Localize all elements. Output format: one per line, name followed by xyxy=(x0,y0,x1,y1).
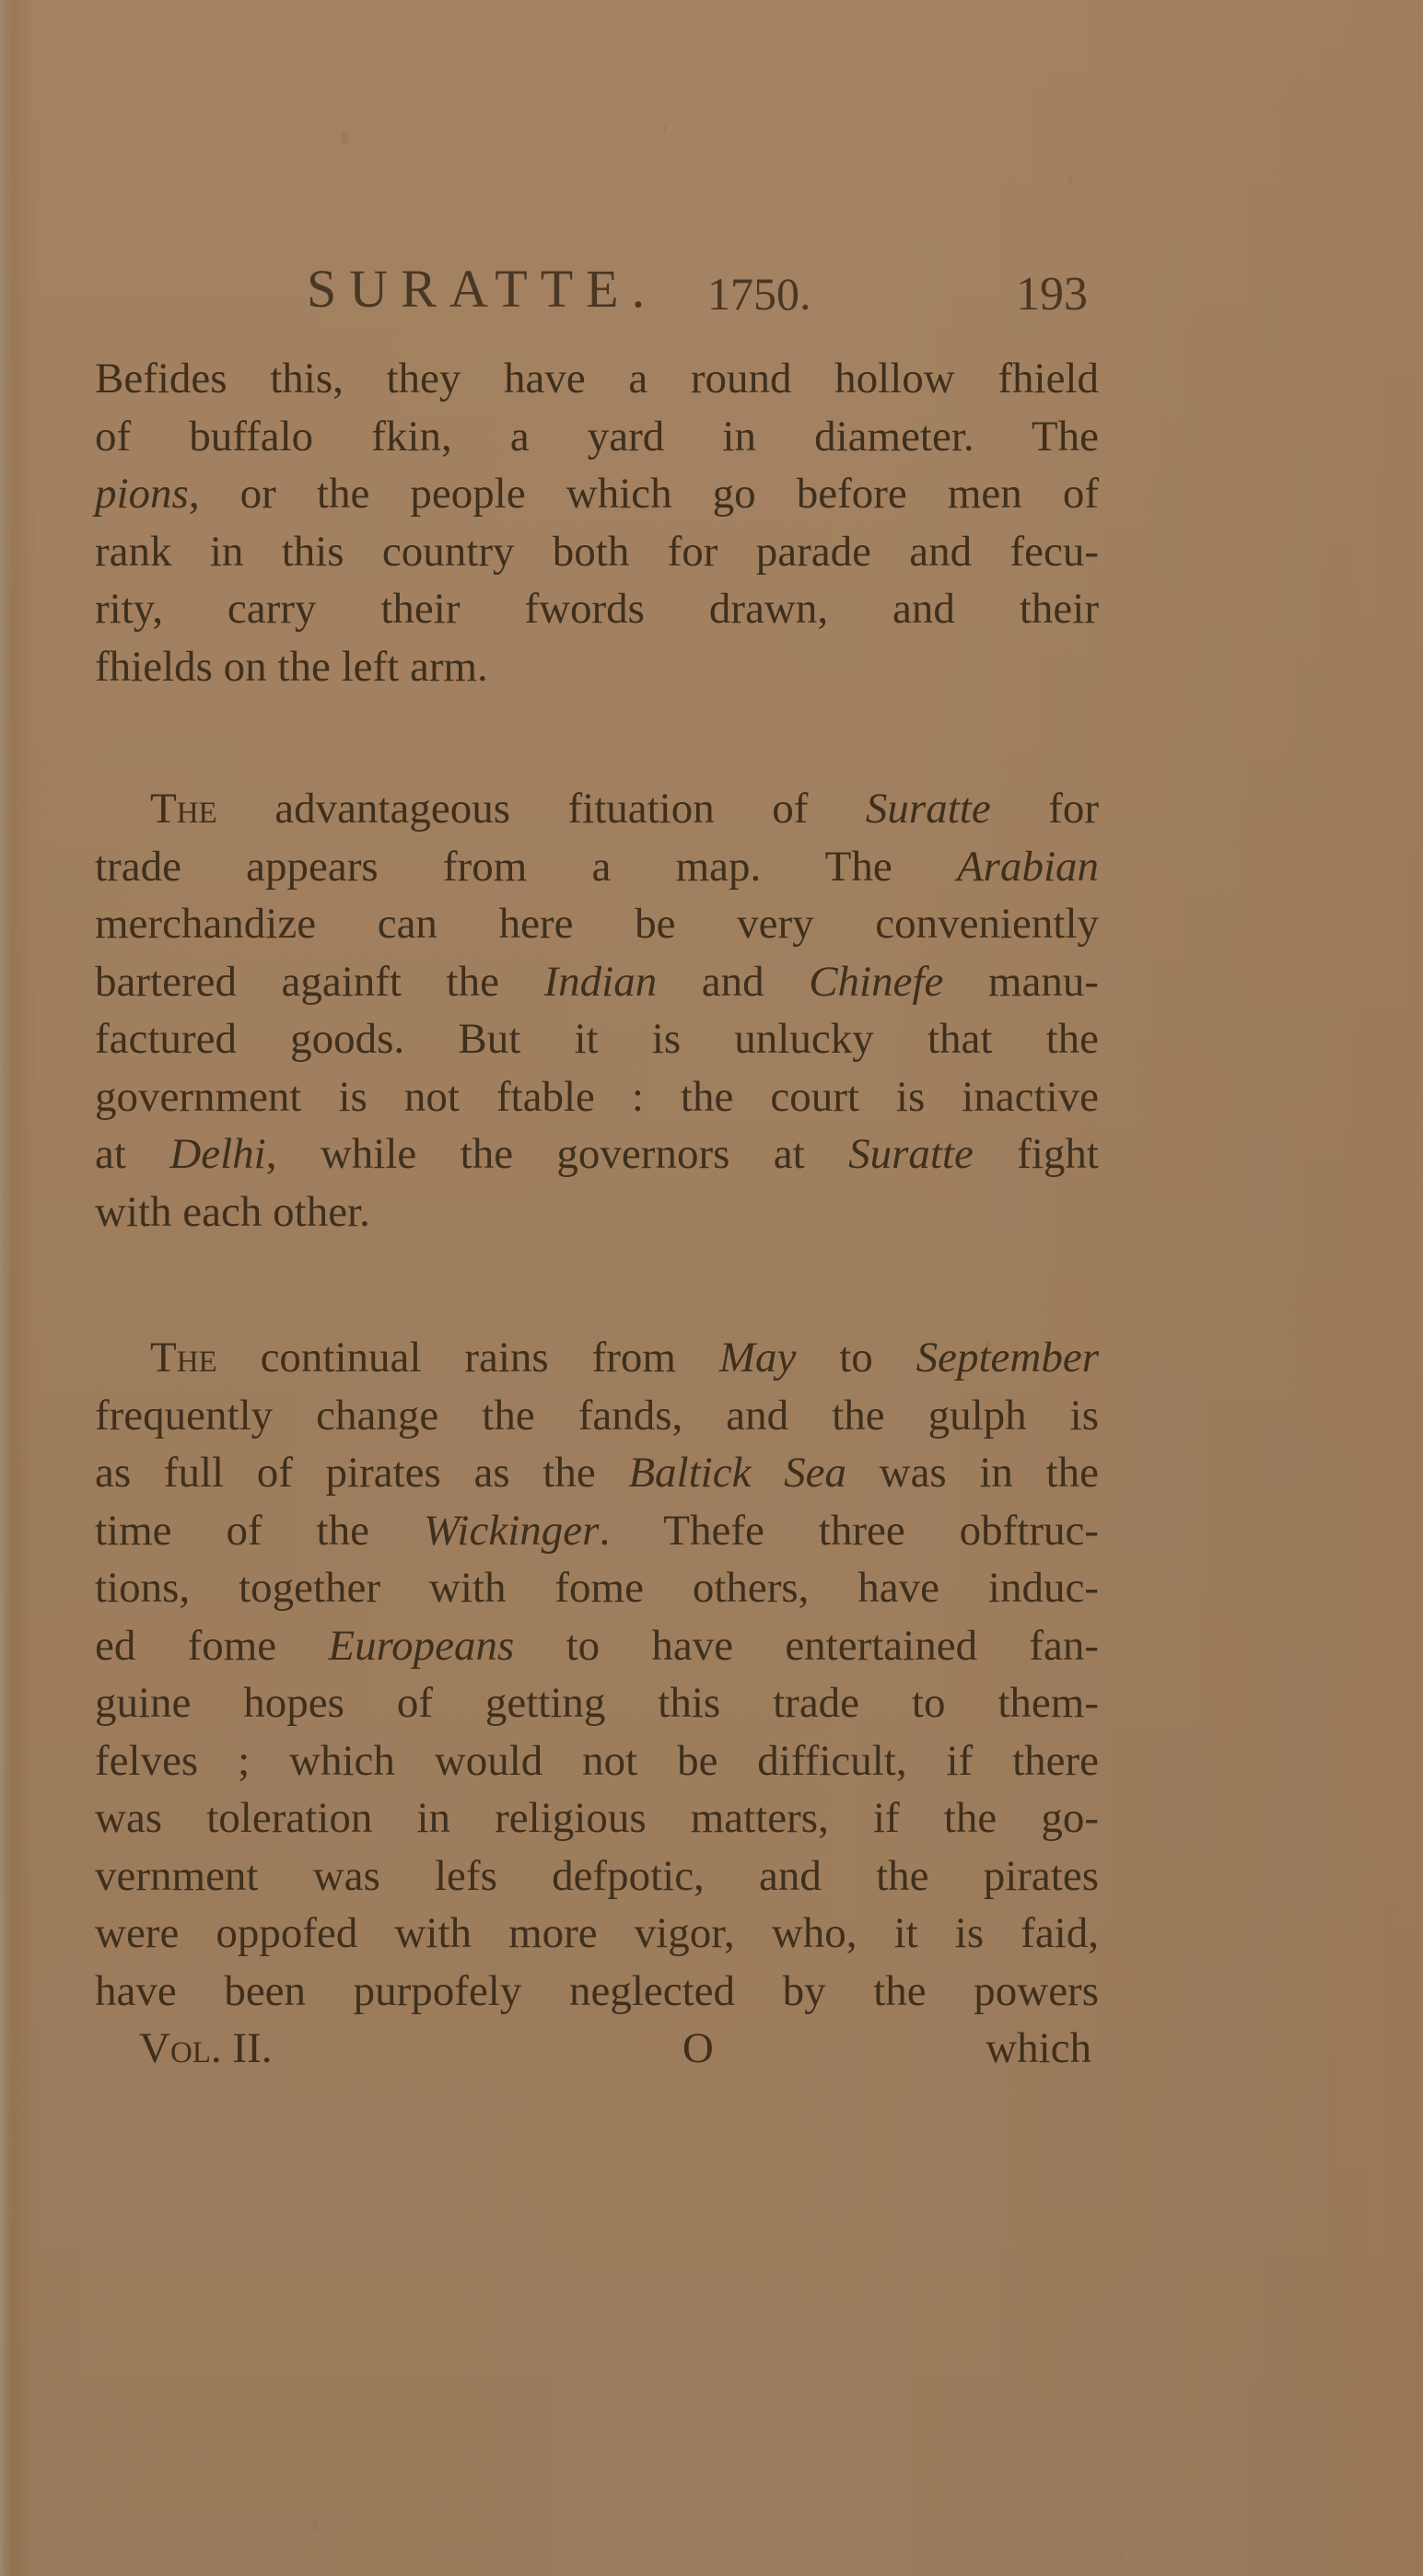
text-run: were oppofed with more vigor, who, it is… xyxy=(95,1909,1099,1957)
running-head: SURATTE. 1750. 193 xyxy=(95,249,1099,350)
text-run: advantageous fituation of xyxy=(217,785,866,833)
book-page: SURATTE. 1750. 193 Befides this, they ha… xyxy=(95,249,1099,2077)
text-run: for xyxy=(991,785,1099,833)
text-line: The advantageous fituation of Suratte fo… xyxy=(95,780,1099,838)
paper-speck xyxy=(1068,177,1073,185)
text-line: have been purpofely neglected by the pow… xyxy=(95,1963,1099,2021)
text-line: vernment was lefs defpotic, and the pira… xyxy=(95,1847,1099,1906)
text-line: merchandize can here be very convenientl… xyxy=(95,895,1099,953)
italic-text: Suratte xyxy=(848,1130,974,1178)
page-number: 193 xyxy=(1016,267,1088,321)
text-line: rank in this country both for parade and… xyxy=(95,523,1099,581)
spine-shadow xyxy=(0,0,13,2576)
paragraph-3: The continual rains from May to Septembe… xyxy=(95,1329,1099,2020)
paper-speck xyxy=(341,131,348,144)
text-line: guine hopes of getting this trade to the… xyxy=(95,1674,1099,1732)
text-line: as full of pirates as the Baltick Sea wa… xyxy=(95,1444,1099,1502)
text-line: tions, together with fome others, have i… xyxy=(95,1559,1099,1617)
paper-speck xyxy=(663,124,666,134)
text-line: with each other. xyxy=(95,1183,1099,1241)
paper-speck xyxy=(311,2519,319,2532)
text-line: fhields on the left arm. xyxy=(95,638,1099,696)
small-caps-text: The xyxy=(150,785,217,833)
italic-text: Delhi xyxy=(169,1130,265,1178)
text-run: , while the governors at xyxy=(266,1130,848,1178)
text-line: was toleration in religious matters, if … xyxy=(95,1789,1099,1847)
text-run: , or the people which go before men of xyxy=(189,470,1099,518)
italic-text: Indian xyxy=(544,958,658,1006)
text-run: to have entertained fan- xyxy=(514,1622,1099,1670)
text-run: bartered againft the xyxy=(95,958,544,1006)
text-line: of buffalo fkin, a yard in diameter. The xyxy=(95,408,1099,466)
text-line: Befides this, they have a round hollow f… xyxy=(95,350,1099,408)
text-run: fhields on the left arm. xyxy=(95,643,488,691)
text-run: . Thefe three obftruc- xyxy=(599,1507,1099,1555)
text-run: guine hopes of getting this trade to the… xyxy=(95,1679,1099,1727)
paragraph-spacer xyxy=(95,695,1099,780)
italic-text: Arabian xyxy=(957,843,1099,891)
text-run: fight xyxy=(974,1130,1099,1178)
text-run: tions, together with fome others, have i… xyxy=(95,1564,1099,1612)
italic-text: Europeans xyxy=(328,1622,514,1670)
text-run: at xyxy=(95,1130,169,1178)
text-line: felves ; which would not be difficult, i… xyxy=(95,1732,1099,1790)
text-run: frequently change the fands, and the gul… xyxy=(95,1392,1099,1440)
text-line: factured goods. But it is unlucky that t… xyxy=(95,1010,1099,1068)
paragraph-1: Befides this, they have a round hollow f… xyxy=(95,350,1099,695)
italic-text: Wickinger xyxy=(424,1507,600,1555)
text-line: frequently change the fands, and the gul… xyxy=(95,1387,1099,1445)
text-line: bartered againft the Indian and Chinefe … xyxy=(95,953,1099,1011)
text-run: was in the xyxy=(846,1449,1099,1497)
small-caps-text: The xyxy=(150,1334,217,1381)
italic-text: Suratte xyxy=(866,785,991,833)
text-run: of buffalo fkin, a yard in diameter. The xyxy=(95,413,1099,460)
text-run: as full of pirates as the xyxy=(95,1449,628,1497)
text-line: time of the Wickinger. Thefe three obftr… xyxy=(95,1502,1099,1560)
text-run: factured goods. But it is unlucky that t… xyxy=(95,1015,1099,1063)
page-footer: Vol. II. O which xyxy=(95,2020,1099,2077)
text-line: pions, or the people which go before men… xyxy=(95,465,1099,523)
text-run: trade appears from a map. The xyxy=(95,843,957,891)
text-run: to xyxy=(796,1334,916,1381)
text-line: The continual rains from May to Septembe… xyxy=(95,1329,1099,1387)
text-line: at Delhi, while the governors at Suratte… xyxy=(95,1125,1099,1183)
text-line: were oppofed with more vigor, who, it is… xyxy=(95,1905,1099,1963)
paragraph-2: The advantageous fituation of Suratte fo… xyxy=(95,780,1099,1241)
text-run: ed fome xyxy=(95,1622,328,1670)
italic-text: September xyxy=(916,1334,1099,1381)
running-head-year: 1750. xyxy=(707,267,811,321)
text-run: Befides this, they have a round hollow f… xyxy=(95,355,1099,402)
text-run: continual rains from xyxy=(217,1334,719,1381)
text-run: merchandize can here be very convenientl… xyxy=(95,900,1099,948)
text-run: time of the xyxy=(95,1507,424,1555)
italic-text: May xyxy=(719,1334,797,1381)
running-head-title: SURATTE. xyxy=(307,258,658,320)
text-run: rity, carry their fwords drawn, and thei… xyxy=(95,585,1099,633)
paper-speck xyxy=(1119,2556,1123,2561)
italic-text: Baltick Sea xyxy=(628,1449,846,1497)
text-run: manu- xyxy=(943,958,1099,1006)
text-run: was toleration in religious matters, if … xyxy=(95,1794,1099,1842)
text-run: vernment was lefs defpotic, and the pira… xyxy=(95,1852,1099,1900)
italic-text: Chinefe xyxy=(809,958,943,1006)
text-run: felves ; which would not be difficult, i… xyxy=(95,1737,1099,1785)
volume-label: Vol. II. xyxy=(139,2020,272,2077)
text-line: rity, carry their fwords drawn, and thei… xyxy=(95,580,1099,638)
text-line: trade appears from a map. The Arabian xyxy=(95,838,1099,896)
text-line: ed fome Europeans to have entertained fa… xyxy=(95,1617,1099,1675)
text-run: government is not ftable : the court is … xyxy=(95,1073,1099,1121)
text-run: and xyxy=(657,958,809,1006)
italic-text: pions xyxy=(95,470,189,518)
paragraph-spacer xyxy=(95,1241,1099,1329)
signature-mark: O xyxy=(682,2020,714,2077)
text-run: rank in this country both for parade and… xyxy=(95,528,1099,576)
text-run: with each other. xyxy=(95,1188,370,1236)
text-run: have been purpofely neglected by the pow… xyxy=(95,1967,1099,2015)
text-line: government is not ftable : the court is … xyxy=(95,1068,1099,1126)
catchword: which xyxy=(986,2020,1091,2077)
